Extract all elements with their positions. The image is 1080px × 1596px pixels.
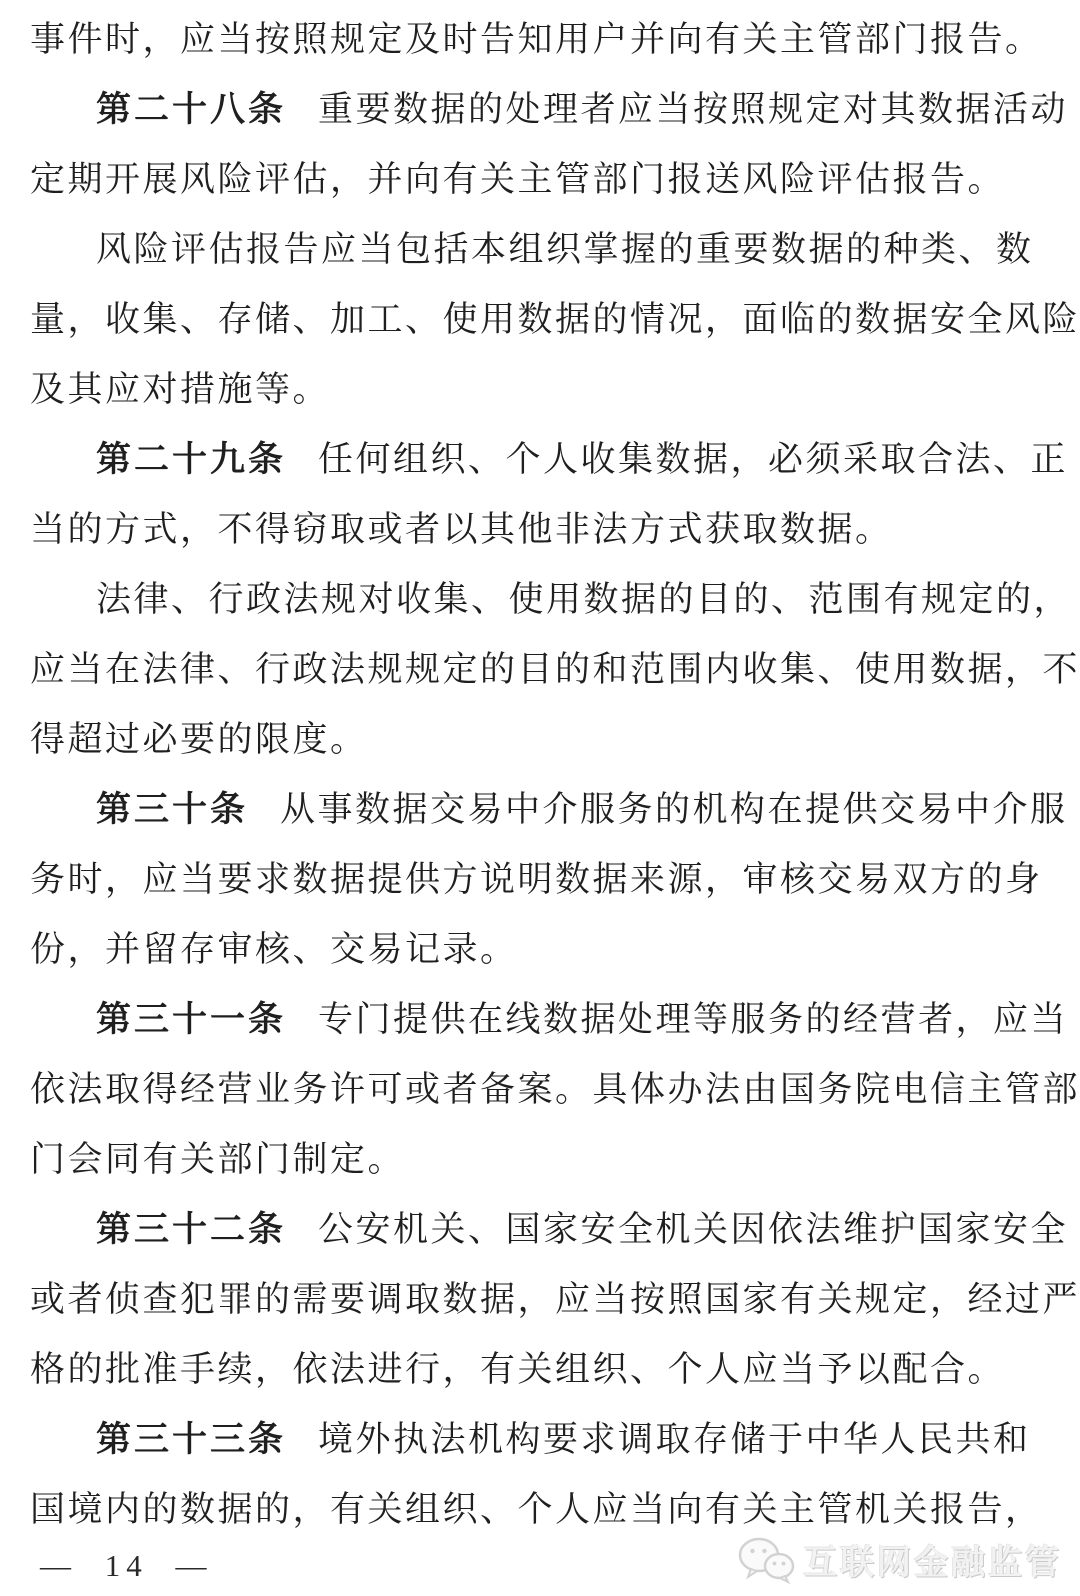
line-text: 法律、行政法规对收集、使用数据的目的、范围有规定的， [96, 572, 1071, 622]
text-line: 第三十三条境外执法机构要求调取存储于中华人民共和 [30, 1402, 1054, 1472]
text-line: 国境内的数据的，有关组织、个人应当向有关主管机关报告， [30, 1472, 1054, 1542]
article-number: 第三十一条 [96, 992, 286, 1042]
text-line: 第三十条从事数据交易中介服务的机构在提供交易中介服 [30, 772, 1054, 842]
document-text-block: 事件时，应当按照规定及时告知用户并向有关主管部门报告。 第二十八条重要数据的处理… [30, 2, 1054, 1542]
text-line: 或者侦查犯罪的需要调取数据，应当按照国家有关规定，经过严 [30, 1262, 1054, 1332]
text-line: 第三十一条专门提供在线数据处理等服务的经营者，应当 [30, 982, 1054, 1052]
line-text: 得超过必要的限度。 [30, 712, 368, 762]
article-number: 第二十九条 [96, 432, 286, 482]
line-text: 依法取得经营业务许可或者备案。具体办法由国务院电信主管部 [30, 1062, 1080, 1112]
line-text: 公安机关、国家安全机关因依法维护国家安全 [318, 1202, 1068, 1252]
text-line: 风险评估报告应当包括本组织掌握的重要数据的种类、数 [30, 212, 1054, 282]
text-line: 及其应对措施等。 [30, 352, 1054, 422]
line-text: 量，收集、存储、加工、使用数据的情况，面临的数据安全风险 [30, 292, 1080, 342]
page-number: — 14 — [40, 1548, 213, 1584]
line-text: 重要数据的处理者应当按照规定对其数据活动 [318, 82, 1068, 132]
document-page: 事件时，应当按照规定及时告知用户并向有关主管部门报告。 第二十八条重要数据的处理… [0, 0, 1080, 1596]
line-text: 任何组织、个人收集数据，必须采取合法、正 [318, 432, 1068, 482]
text-line: 得超过必要的限度。 [30, 702, 1054, 772]
line-text: 及其应对措施等。 [30, 362, 330, 412]
text-line: 量，收集、存储、加工、使用数据的情况，面临的数据安全风险 [30, 282, 1054, 352]
line-text: 当的方式，不得窃取或者以其他非法方式获取数据。 [30, 502, 893, 552]
line-text: 门会同有关部门制定。 [30, 1132, 405, 1182]
text-line: 法律、行政法规对收集、使用数据的目的、范围有规定的， [30, 562, 1054, 632]
line-text: 从事数据交易中介服务的机构在提供交易中介服 [280, 782, 1068, 832]
line-text: 风险评估报告应当包括本组织掌握的重要数据的种类、数 [96, 222, 1034, 272]
line-text: 务时，应当要求数据提供方说明数据来源，审核交易双方的身 [30, 852, 1043, 902]
text-line: 当的方式，不得窃取或者以其他非法方式获取数据。 [30, 492, 1054, 562]
line-text: 专门提供在线数据处理等服务的经营者，应当 [318, 992, 1068, 1042]
article-number: 第三十三条 [96, 1412, 286, 1462]
text-line: 份，并留存审核、交易记录。 [30, 912, 1054, 982]
line-text: 事件时，应当按照规定及时告知用户并向有关主管部门报告。 [30, 12, 1043, 62]
text-line: 应当在法律、行政法规规定的目的和范围内收集、使用数据，不 [30, 632, 1054, 702]
line-text: 或者侦查犯罪的需要调取数据，应当按照国家有关规定，经过严 [30, 1272, 1080, 1322]
line-text: 格的批准手续，依法进行，有关组织、个人应当予以配合。 [30, 1342, 1005, 1392]
line-text: 应当在法律、行政法规规定的目的和范围内收集、使用数据，不 [30, 642, 1080, 692]
text-line: 依法取得经营业务许可或者备案。具体办法由国务院电信主管部 [30, 1052, 1054, 1122]
text-line: 事件时，应当按照规定及时告知用户并向有关主管部门报告。 [30, 2, 1054, 72]
article-number: 第三十二条 [96, 1202, 286, 1252]
text-line: 第二十九条任何组织、个人收集数据，必须采取合法、正 [30, 422, 1054, 492]
text-line: 第三十二条公安机关、国家安全机关因依法维护国家安全 [30, 1192, 1054, 1262]
line-text: 国境内的数据的，有关组织、个人应当向有关主管机关报告， [30, 1482, 1043, 1532]
article-number: 第三十条 [96, 782, 248, 832]
text-line: 务时，应当要求数据提供方说明数据来源，审核交易双方的身 [30, 842, 1054, 912]
article-number: 第二十八条 [96, 82, 286, 132]
watermark: 互联网金融监管 [737, 1535, 1062, 1584]
line-text: 定期开展风险评估，并向有关主管部门报送风险评估报告。 [30, 152, 1005, 202]
wechat-icon [737, 1536, 795, 1584]
page-footer: — 14 — 互联网金融监管 [40, 1535, 1062, 1584]
text-line: 定期开展风险评估，并向有关主管部门报送风险评估报告。 [30, 142, 1054, 212]
line-text: 份，并留存审核、交易记录。 [30, 922, 518, 972]
text-line: 格的批准手续，依法进行，有关组织、个人应当予以配合。 [30, 1332, 1054, 1402]
text-line: 第二十八条重要数据的处理者应当按照规定对其数据活动 [30, 72, 1054, 142]
line-text: 境外执法机构要求调取存储于中华人民共和 [318, 1412, 1031, 1462]
watermark-label: 互联网金融监管 [803, 1535, 1062, 1584]
text-line: 门会同有关部门制定。 [30, 1122, 1054, 1192]
